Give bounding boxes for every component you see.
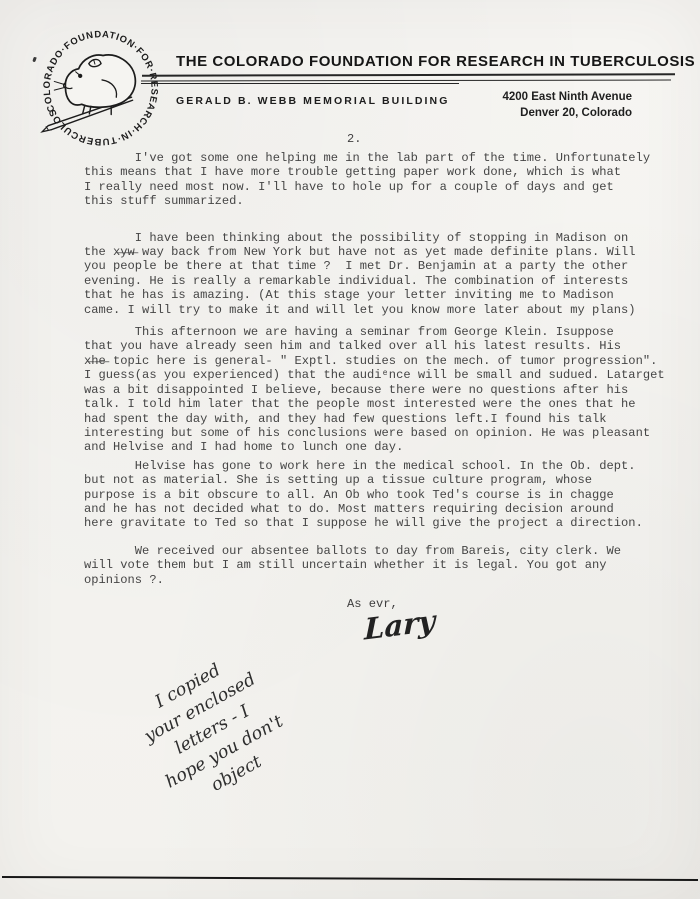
typed-line: was a bit disappointed I believe, becaus… bbox=[84, 383, 684, 397]
typed-line: and he has not decided what to do. Most … bbox=[84, 502, 684, 516]
typed-line: this means that I have more trouble gett… bbox=[84, 165, 684, 179]
header-rule bbox=[142, 73, 675, 76]
typed-line: came. I will try to make it and will let… bbox=[84, 303, 684, 317]
letter-body: I've got some one helping me in the lab … bbox=[84, 151, 684, 599]
typed-line: evening. He is really a remarkable indiv… bbox=[84, 274, 684, 288]
typed-line: x̶h̶e̶ topic here is general- " Exptl. s… bbox=[84, 354, 684, 368]
scan-edge-line bbox=[2, 876, 698, 881]
typed-line: opinions ?. bbox=[84, 573, 684, 587]
org-name: THE COLORADO FOUNDATION FOR RESEARCH IN … bbox=[176, 53, 686, 70]
typed-paragraph: This afternoon we are having a seminar f… bbox=[84, 325, 684, 455]
typed-line: I have been thinking about the possibili… bbox=[84, 231, 684, 245]
ink-speck bbox=[32, 57, 36, 63]
typed-paragraph: Helvise has gone to work here in the med… bbox=[84, 459, 684, 531]
address-block: 4200 East Ninth Avenue Denver 20, Colora… bbox=[440, 90, 632, 121]
typed-line: that he has is amazing. (At this stage y… bbox=[84, 288, 684, 302]
typed-line: purpose is a bit obscure to all. An Ob w… bbox=[84, 488, 684, 502]
typed-line: I guess(as you experienced) that the aud… bbox=[84, 368, 684, 382]
typed-line: you people be there at that time ? I met… bbox=[84, 259, 684, 273]
typed-line: Helvise has gone to work here in the med… bbox=[84, 459, 684, 473]
typed-line: I've got some one helping me in the lab … bbox=[84, 151, 684, 165]
foundation-seal: COLORADO·FOUNDATION·FOR·RESEARCH·IN·TUBE… bbox=[38, 24, 160, 146]
letter-page: COLORADO·FOUNDATION·FOR·RESEARCH·IN·TUBE… bbox=[0, 0, 700, 899]
handwritten-note: I copiedyour enclosedletters - Ihope you… bbox=[71, 614, 355, 847]
typed-line: and Helvise and I had home to lunch one … bbox=[84, 440, 684, 454]
address-line-2: Denver 20, Colorado bbox=[440, 106, 632, 122]
header-rule bbox=[141, 83, 459, 84]
typed-line: the x̶y̶w̶ way back from New York but ha… bbox=[84, 245, 684, 259]
header-rule bbox=[141, 80, 671, 82]
signature: Lary bbox=[364, 603, 435, 646]
address-line-1: 4200 East Ninth Avenue bbox=[440, 90, 632, 106]
typed-line: had spent the day with, and they had few… bbox=[84, 412, 684, 426]
page-number: 2. bbox=[347, 132, 361, 146]
typed-line: but not as material. She is setting up a… bbox=[84, 473, 684, 487]
typed-paragraph: We received our absentee ballots to day … bbox=[84, 544, 684, 587]
typed-line: this stuff summarized. bbox=[84, 194, 684, 208]
typed-paragraph: I have been thinking about the possibili… bbox=[84, 231, 684, 317]
typed-line: I really need most now. I'll have to hol… bbox=[84, 180, 684, 194]
typed-line: This afternoon we are having a seminar f… bbox=[84, 325, 684, 339]
typed-line: that you have already seen him and talke… bbox=[84, 339, 684, 353]
typed-line: talk. I told him later that the people m… bbox=[84, 397, 684, 411]
typed-paragraph: I've got some one helping me in the lab … bbox=[84, 151, 684, 209]
building-name: GERALD B. WEBB MEMORIAL BUILDING bbox=[176, 95, 450, 107]
typed-line: will vote them but I am still uncertain … bbox=[84, 558, 684, 572]
typed-line: here gravitate to Ted so that I suppose … bbox=[84, 516, 684, 530]
typed-line: We received our absentee ballots to day … bbox=[84, 544, 684, 558]
typed-line: interesting but some of his conclusions … bbox=[84, 426, 684, 440]
